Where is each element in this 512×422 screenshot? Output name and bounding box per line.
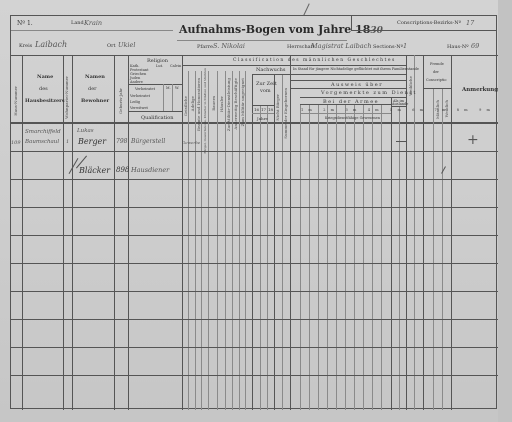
conscription-label: Conscriptions-Bezirks-Nº [397, 20, 461, 26]
sub-col-line [327, 104, 328, 410]
header-anmerkung: Anmerkung [462, 87, 498, 93]
row1-wohnpartei: 1 [66, 139, 69, 145]
sub-col-line [372, 104, 373, 410]
header-haus-nummer: Haus-Nummer [13, 86, 18, 116]
header-divider-left [11, 30, 173, 31]
header-in-stand: In Stand für jüngere Nichtadelige geflüc… [293, 67, 419, 71]
sub-col-line [208, 71, 209, 410]
armee-cols-divider [300, 104, 391, 105]
stand-col-m: M. [166, 86, 171, 90]
pencil-check-mark [303, 3, 309, 15]
row1-haus-nummer: 109 [11, 140, 21, 146]
nachwuchs-divider [252, 74, 406, 75]
col-line [128, 55, 129, 410]
religion-col-calvin: Calvin [170, 64, 181, 68]
sub-col-line [391, 98, 392, 410]
row-line [11, 207, 498, 208]
header-vertical-col: Summe der Eingebornen [283, 88, 288, 139]
header-bewohner-line1: Namen [85, 74, 105, 80]
col-line [274, 74, 275, 410]
pfarre-value: S. Nikolai [213, 42, 245, 50]
sections-label: Sections-Nº [373, 44, 403, 50]
stand-row: Ledig [130, 100, 140, 104]
sheet-number: Nº 1. [17, 20, 33, 27]
stand-row: Verheiratet [130, 94, 150, 98]
row1-bewohner-2: Berger [78, 137, 106, 146]
stand-title: Verheiratet [135, 87, 155, 91]
stand-col-w: W. [175, 86, 179, 90]
col-line [252, 74, 253, 410]
sub-col-line [442, 88, 443, 410]
header-vertical-col: Bürger, Gewerbsleute, Künstler in Städte… [203, 68, 207, 154]
sub-col-line [433, 88, 434, 410]
header-vertical-col: Anderweitig Beschäftigte [233, 78, 238, 130]
ausweis-divider [290, 80, 406, 81]
sub-col-line [300, 104, 301, 410]
header-zur-zeit-1: Zur Zeit [256, 81, 277, 87]
header-fremde-1: Fremde [430, 62, 444, 66]
fremde-divider [423, 88, 451, 89]
form-title-year: 30 [370, 26, 383, 36]
sub-col-line [363, 104, 364, 410]
land-value: Krain [84, 19, 102, 27]
header-nachwuchs: Nachwuchs [256, 67, 285, 73]
age-col: 17 [261, 107, 266, 112]
land-label: Land [71, 20, 84, 26]
header-vertical-col: Zum Militär ungeeignet [240, 78, 245, 126]
row1-tick-mark [396, 141, 406, 142]
herrschaft-value: Magistrat Laibach [311, 42, 372, 50]
row2-bewohner: Bläcker [79, 166, 110, 175]
header-qualification: Qualification [141, 115, 173, 121]
armee-divider [300, 97, 406, 98]
header-fremde-2: der [433, 70, 439, 74]
haus-value: 69 [471, 42, 479, 50]
fremde-col-male: Männlich [435, 100, 440, 119]
kreis-label: Kreis [19, 43, 32, 49]
col-line [114, 55, 115, 410]
religion-divider [128, 84, 182, 85]
ort-label: Ort [107, 43, 116, 49]
header-vertical-col: Bauern [211, 96, 216, 111]
conscription-box-bottom [351, 30, 497, 31]
row-line [11, 179, 498, 180]
header-vertical-col: Zur Militär-Dienstleistung [226, 78, 231, 131]
header-name-line1: Name [37, 74, 53, 80]
stand-col-divider [172, 84, 173, 111]
header-vertical-col: Beamte und Honoratioren [196, 78, 201, 131]
row-line [11, 347, 498, 348]
header-kriegsdienst: Kriegsdienstfähige Gewesenen [325, 116, 380, 120]
sub-col-line [188, 71, 189, 410]
sub-col-line [217, 71, 218, 410]
sub-col-line [345, 104, 346, 410]
conscription-value: 17 [466, 19, 474, 27]
ausland-divider [391, 106, 406, 107]
stand-col-divider [163, 84, 164, 111]
row1-bewohner-1: Lukas [77, 128, 94, 134]
stand-row: Verwitwet [130, 106, 148, 110]
header-vertical-col: Adelige [190, 96, 195, 111]
classification-divider [182, 65, 406, 66]
ort-value: Ukiel [118, 41, 135, 49]
col-line [22, 55, 23, 410]
header-wohnpartei: Wohnpartei-Nummer [64, 76, 69, 119]
sub-col-line [336, 104, 337, 410]
header-geburtsjahr: Geburts-Jahr [118, 88, 123, 114]
sub-col-line [381, 104, 382, 410]
kriegsdienst-divider [300, 113, 391, 114]
fremde-col-female: Weiblich [444, 100, 449, 117]
row1-anmerkung-mark: + [467, 132, 479, 148]
row1-geburtsjahr: 798 [116, 138, 127, 145]
row2-geburtsjahr: 898 [116, 166, 129, 174]
row-line [11, 263, 498, 264]
title-underline [177, 40, 347, 41]
vorgemerkte-divider [290, 88, 406, 89]
row-line [11, 151, 498, 152]
row1-hausbesitzer-2: Baumschaul [25, 139, 59, 145]
sub-col-line [309, 104, 310, 410]
age-col: 16 [254, 107, 259, 112]
row-line [11, 235, 498, 236]
form-title-text: Aufnahms-Bogen vom Jahre 18 [179, 23, 370, 36]
sub-col-line [201, 71, 202, 410]
header-bewohner-line3: Bewohner [81, 98, 109, 104]
row-line [11, 291, 498, 292]
row1-hausbesitzer-1: Smarchiffeld [25, 129, 61, 135]
header-vertical-col: Häusler [219, 96, 224, 112]
age-col: 18 [268, 107, 273, 112]
page-edge-shadow [498, 0, 512, 422]
pfarre-label: Pfarre [197, 44, 213, 50]
header-classification: Classification des männlichen Geschlecht… [233, 58, 396, 63]
sub-col-line [318, 104, 319, 410]
census-sheet: Nº 1. Land Krain Aufnahms-Bogen vom Jahr… [0, 0, 512, 422]
row-line [11, 319, 498, 320]
row-line [11, 375, 498, 376]
header-vertical-col: Geistliche [183, 96, 188, 116]
religion-col-lut: Lut. [156, 64, 163, 68]
table-top-border [11, 55, 498, 56]
col-line [72, 55, 73, 410]
header-jahre: Jahre [257, 116, 268, 121]
sections-value: 1 [403, 42, 407, 50]
row2-qualification: Hausdiener [131, 166, 169, 174]
row1-mark: Gewerbe [182, 140, 200, 145]
conscription-box-left [351, 16, 352, 30]
haus-label: Haus-Nº [447, 44, 469, 50]
header-name-line2: des [39, 86, 48, 92]
jahre-divider [252, 113, 274, 114]
header-weibliche: Weibliche [408, 76, 413, 96]
header-bewohner-line2: der [88, 86, 97, 92]
sub-col-line [245, 71, 246, 410]
sub-col-line [354, 104, 355, 410]
qualification-divider [128, 111, 182, 112]
row1-qualification: Bürgerstell [131, 138, 165, 145]
header-vertical-col: Nicht Bürger [275, 94, 280, 121]
kreis-value: Laibach [35, 40, 67, 49]
header-name-line3: Hausbesitzers [25, 98, 65, 104]
header-fremde-3: Conscriptio [426, 78, 446, 82]
header-vorgemerkte: Vorgemerkte zum Dienst [321, 90, 417, 96]
header-zur-zeit-2: vom [260, 88, 271, 94]
armee-cols: 1m 2m 3m 4m 5m 6m 7m 8m 9m 10m 11m [301, 108, 512, 112]
col-line [290, 55, 291, 410]
age-divider [252, 105, 274, 106]
header-bottom-border [11, 122, 498, 124]
form-frame: Nº 1. Land Krain Aufnahms-Bogen vom Jahr… [10, 15, 497, 409]
